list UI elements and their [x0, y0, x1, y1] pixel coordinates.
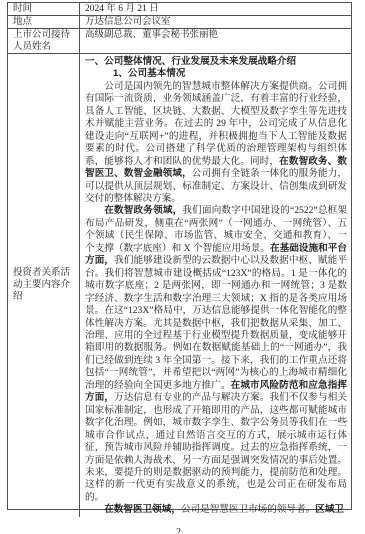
activity-label: 投资者关系活动主要内容介绍 — [8, 54, 80, 517]
paragraph-digital-health: 在数智医卫领域，公司是智慧医卫市场的领导者。区域卫 — [85, 504, 347, 516]
text-run-bold: 在数智政务领域， — [104, 205, 182, 216]
time-value: 2024 年 6 月 21 日 — [80, 3, 351, 15]
table-row-location: 地点 万达信息公司会议室 — [8, 16, 351, 29]
paragraph-digital-government: 在数智政务领域，我们面向数字中国建设的“2522”总框架布局产品研发，侧重在“两… — [85, 205, 347, 504]
text-run: 公司是智慧医卫市场的领导者。 — [181, 504, 315, 515]
text-run: 万达信息有专业的产品与解决方案。我们不仅参与相关国家标准制定，也形成了开箱即用的… — [85, 392, 347, 503]
text-run-bold: 区域卫 — [315, 504, 344, 515]
activity-content-area: 一、公司整体情况、行业发展及未来发展战略介绍 1、公司基本情况 公司是国内领先的… — [80, 54, 351, 517]
subsection-heading: 1、公司基本情况 — [113, 68, 347, 80]
text-run-bold: 在数智医卫领域， — [104, 504, 181, 515]
text-run: 我们能够建设新型的云数据中心以及数据中枢、赋能平台。我们将智慧城市建设概括成“1… — [85, 255, 347, 391]
section-heading: 一、公司整体情况、行业发展及未来发展战略介绍 — [85, 56, 347, 68]
location-value: 万达信息公司会议室 — [80, 16, 351, 28]
location-label: 地点 — [8, 16, 80, 28]
paragraph-company-overview: 公司是国内领先的智慧城市整体解决方案提供商。公司拥有国际一流资质，业务领域涵盖广… — [85, 81, 347, 206]
receivers-label: 上市公司接待人员姓名 — [8, 29, 80, 53]
table-row-receivers: 上市公司接待人员姓名 高级副总裁、董事会秘书张丽艳 — [8, 29, 351, 54]
table-row-activity-content: 投资者关系活动主要内容介绍 一、公司整体情况、行业发展及未来发展战略介绍 1、公… — [8, 54, 351, 517]
receivers-value: 高级副总裁、董事会秘书张丽艳 — [80, 29, 351, 53]
investor-relations-record-table: 时间 2024 年 6 月 21 日 地点 万达信息公司会议室 上市公司接待人员… — [7, 2, 352, 510]
activity-label-text: 投资者关系活动主要内容介绍 — [13, 267, 77, 303]
table-row-time: 时间 2024 年 6 月 21 日 — [8, 3, 351, 16]
text-run: 公司是国内领先的智慧城市整体解决方案提供商。公司拥有国际一流资质，业务领域涵盖广… — [85, 81, 347, 167]
page-number: 2 — [7, 527, 350, 534]
time-label: 时间 — [8, 3, 80, 15]
